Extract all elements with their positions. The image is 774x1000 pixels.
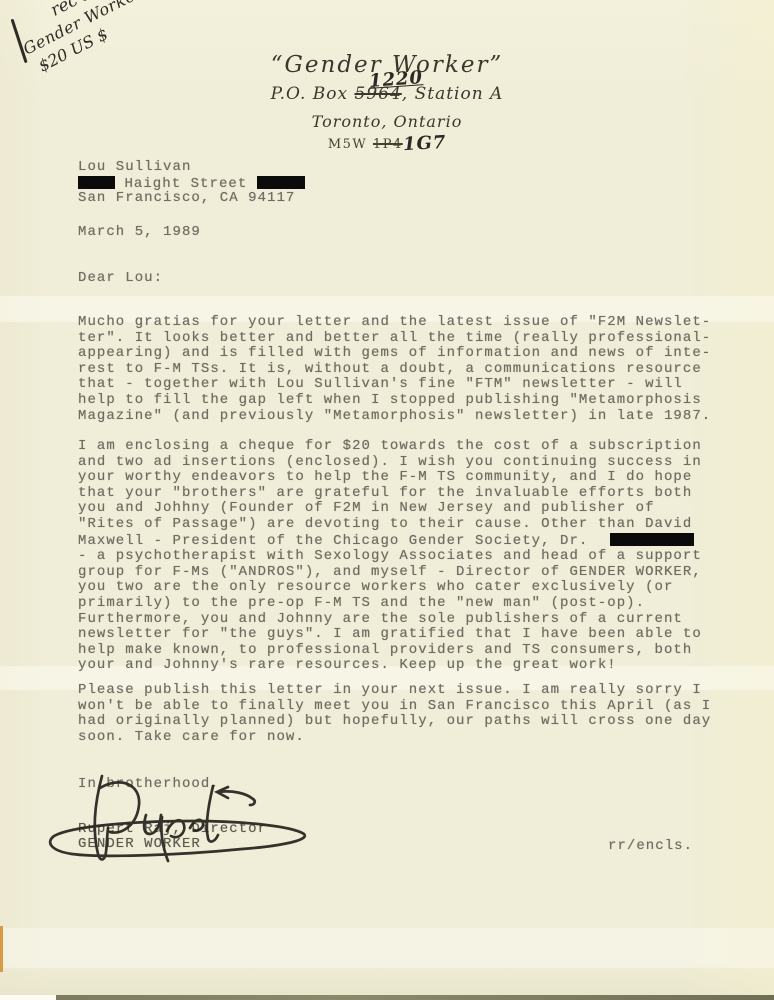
paragraph-2-text-b: - a psychotherapist with Sexology Associ… [78, 548, 702, 673]
postal-handwritten-correction: 1G7 [402, 132, 446, 155]
redaction-bar-apartment [257, 176, 305, 189]
paragraph-2-text-a: I am enclosing a cheque for $20 towards … [78, 438, 702, 549]
signature-ink [40, 770, 325, 870]
recipient-name: Lou Sullivan [78, 160, 191, 176]
scan-bottom-edge [56, 995, 774, 1000]
body-paragraph-2: I am enclosing a cheque for $20 towards … [78, 439, 702, 674]
letterhead-city: Toronto, Ontario [0, 112, 774, 131]
body-paragraph-1: Mucho gratias for your letter and the la… [78, 315, 711, 424]
body-paragraph-3: Please publish this letter in your next … [78, 683, 711, 745]
postal-prefix: M5W [328, 137, 373, 152]
letterhead-pobox-line: P.O. Box 5964, Station A 1220 [0, 84, 774, 104]
pobox-prefix: P.O. Box [271, 84, 355, 104]
reference-initials: rr/encls. [608, 839, 693, 855]
letter-page: rec'd Gender Worker # ? $20 US $ 3/20/89… [0, 0, 774, 1000]
salutation: Dear Lou: [78, 271, 163, 287]
letterhead-postal-line: M5W 1P41G7 [0, 132, 774, 153]
scan-light-band [0, 928, 774, 968]
date-line: March 5, 1989 [78, 225, 201, 241]
scan-left-edge-mark [0, 926, 3, 972]
redaction-bar-street-number [78, 176, 115, 189]
recipient-city-line: San Francisco, CA 94117 [78, 191, 295, 207]
pobox-handwritten-correction: 1220 [368, 67, 423, 92]
postal-old-code: 1P4 [373, 137, 403, 152]
scan-bottom-edge-white [0, 995, 56, 1000]
redaction-bar-doctor-name [610, 533, 694, 546]
